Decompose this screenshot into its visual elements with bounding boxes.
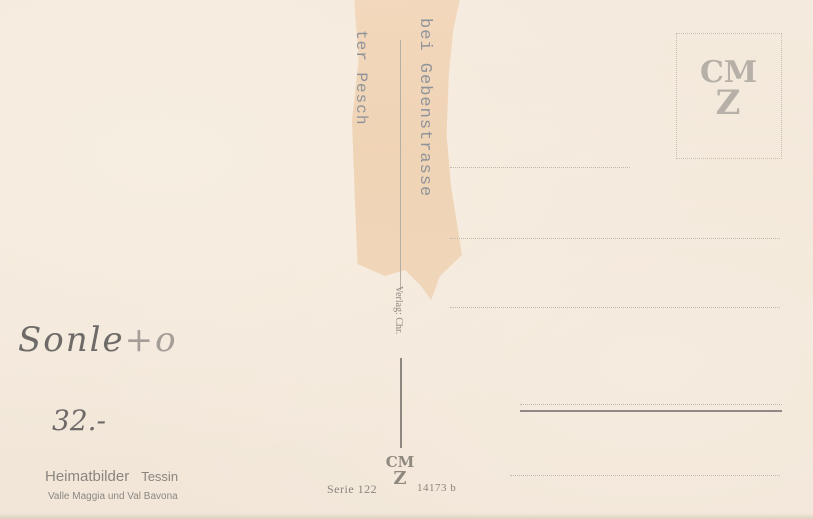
monogram-bottom: Z: [700, 86, 756, 120]
region-label: Tessin: [141, 469, 178, 484]
handwritten-place-name: Sonle+o: [18, 320, 178, 360]
address-line: [520, 404, 782, 405]
publisher-verlag-text: Verlag: Chr.: [393, 286, 404, 334]
series-title: Heimatbilder: [45, 468, 129, 485]
address-line: [450, 167, 630, 168]
address-line: [450, 238, 780, 239]
location-subtitle: Valle Maggia und Val Bavona: [48, 491, 178, 502]
postcard-back: bei Gebenstrasse ter Pesch Verlag: Chr. …: [0, 0, 813, 519]
card-number: 14173 b: [417, 482, 456, 494]
publisher-monogram-icon: CM Z: [384, 455, 416, 488]
publisher-title: HeimatbilderTessin: [45, 468, 178, 485]
center-divider-top: [400, 40, 401, 290]
address-line: [510, 475, 780, 476]
series-label: Serie 122: [327, 482, 377, 497]
address-underline: [520, 410, 782, 412]
monogram-bottom: Z: [384, 470, 416, 488]
rubber-stamp-line-1: bei Gebenstrasse: [415, 18, 434, 197]
handwritten-price: 32.-: [52, 404, 106, 437]
rubber-stamp-line-2: ter Pesch: [352, 30, 370, 125]
address-line: [450, 307, 780, 308]
center-divider-bottom: [400, 358, 402, 448]
stamp-monogram-icon: CM Z: [700, 58, 756, 120]
